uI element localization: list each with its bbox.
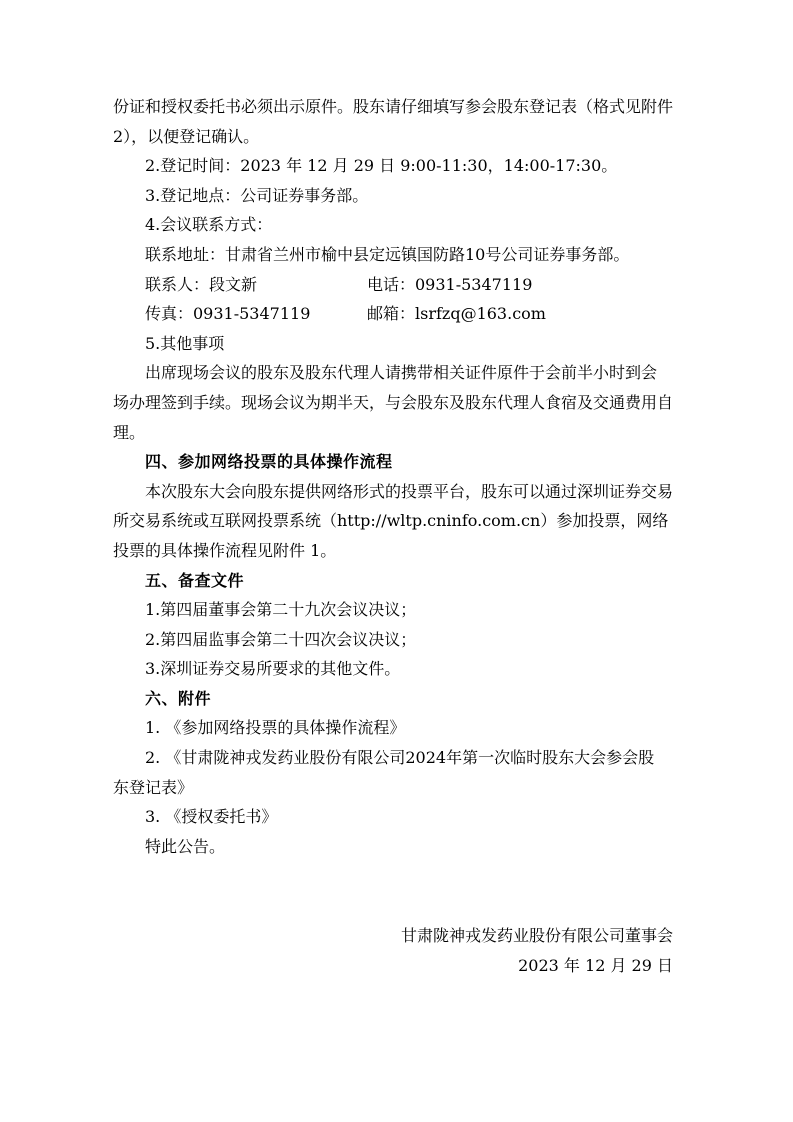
line-contact-fax-email-left: 传真：0931-5347119 <box>145 299 367 329</box>
line-contact-fax-email: 传真：0931-5347119邮箱：lsrfzq@163.com <box>113 299 681 329</box>
signature-date: 2023 年 12 月 29 日 <box>113 951 681 981</box>
line-other-matters-wrap-3: 理。 <box>113 418 681 448</box>
document-body: 份证和授权委托书必须出示原件。股东请仔细填写参会股东登记表（格式见附件2），以便… <box>113 92 681 981</box>
line-ref-doc-3: 3.深圳证券交易所要求的其他文件。 <box>113 654 681 684</box>
line-other-matters-wrap-2: 场办理签到手续。现场会议为期半天，与会股东及股东代理人食宿及交通费用自 <box>113 388 681 418</box>
line-voting-platform-wrap-1: 本次股东大会向股东提供网络形式的投票平台，股东可以通过深圳证券交易 <box>113 477 681 507</box>
line-other-matters-wrap-1: 出席现场会议的股东及股东代理人请携带相关证件原件于会前半小时到会 <box>113 358 681 388</box>
document-page: 份证和授权委托书必须出示原件。股东请仔细填写参会股东登记表（格式见附件2），以便… <box>0 0 793 1122</box>
line-contact-person-phone-right: 电话：0931-5347119 <box>367 275 532 294</box>
line-ref-doc-2: 2.第四届监事会第二十四次会议决议； <box>113 625 681 655</box>
signature-gap <box>113 861 681 921</box>
line-voting-platform-wrap-3: 投票的具体操作流程见附件 1。 <box>113 536 681 566</box>
heading-section-5-reference-documents: 五、备查文件 <box>113 566 681 596</box>
line-attachment-2-wrap-2: 东登记表》 <box>113 773 681 803</box>
line-other-matters-title: 5.其他事项 <box>113 329 681 359</box>
line-id-original-wrap-1: 份证和授权委托书必须出示原件。股东请仔细填写参会股东登记表（格式见附件 <box>113 92 681 122</box>
line-attachment-2-wrap-1: 2. 《甘肃陇神戎发药业股份有限公司2024年第一次临时股东大会参会股 <box>113 743 681 773</box>
line-attachment-1: 1. 《参加网络投票的具体操作流程》 <box>113 713 681 743</box>
signature-company: 甘肃陇神戎发药业股份有限公司董事会 <box>113 921 681 951</box>
line-contact-person-phone-left: 联系人：段文新 <box>145 270 367 300</box>
line-voting-platform-wrap-2: 所交易系统或互联网投票系统（http://wltp.cninfo.com.cn）… <box>113 506 681 536</box>
line-attachment-3: 3. 《授权委托书》 <box>113 802 681 832</box>
heading-section-4-online-voting: 四、参加网络投票的具体操作流程 <box>113 447 681 477</box>
line-contact-address: 联系地址：甘肃省兰州市榆中县定远镇国防路10号公司证券事务部。 <box>113 240 681 270</box>
line-id-original-wrap-2: 2），以便登记确认。 <box>113 122 681 152</box>
line-contact-person-phone: 联系人：段文新电话：0931-5347119 <box>113 270 681 300</box>
heading-section-6-attachments: 六、附件 <box>113 684 681 714</box>
line-registration-time: 2.登记时间：2023 年 12 月 29 日 9:00-11:30，14:00… <box>113 151 681 181</box>
line-registration-place: 3.登记地点：公司证券事务部。 <box>113 181 681 211</box>
line-announcement-closing: 特此公告。 <box>113 832 681 862</box>
line-contact-fax-email-right: 邮箱：lsrfzq@163.com <box>367 304 546 323</box>
line-contact-method-title: 4.会议联系方式： <box>113 210 681 240</box>
line-ref-doc-1: 1.第四届董事会第二十九次会议决议； <box>113 595 681 625</box>
